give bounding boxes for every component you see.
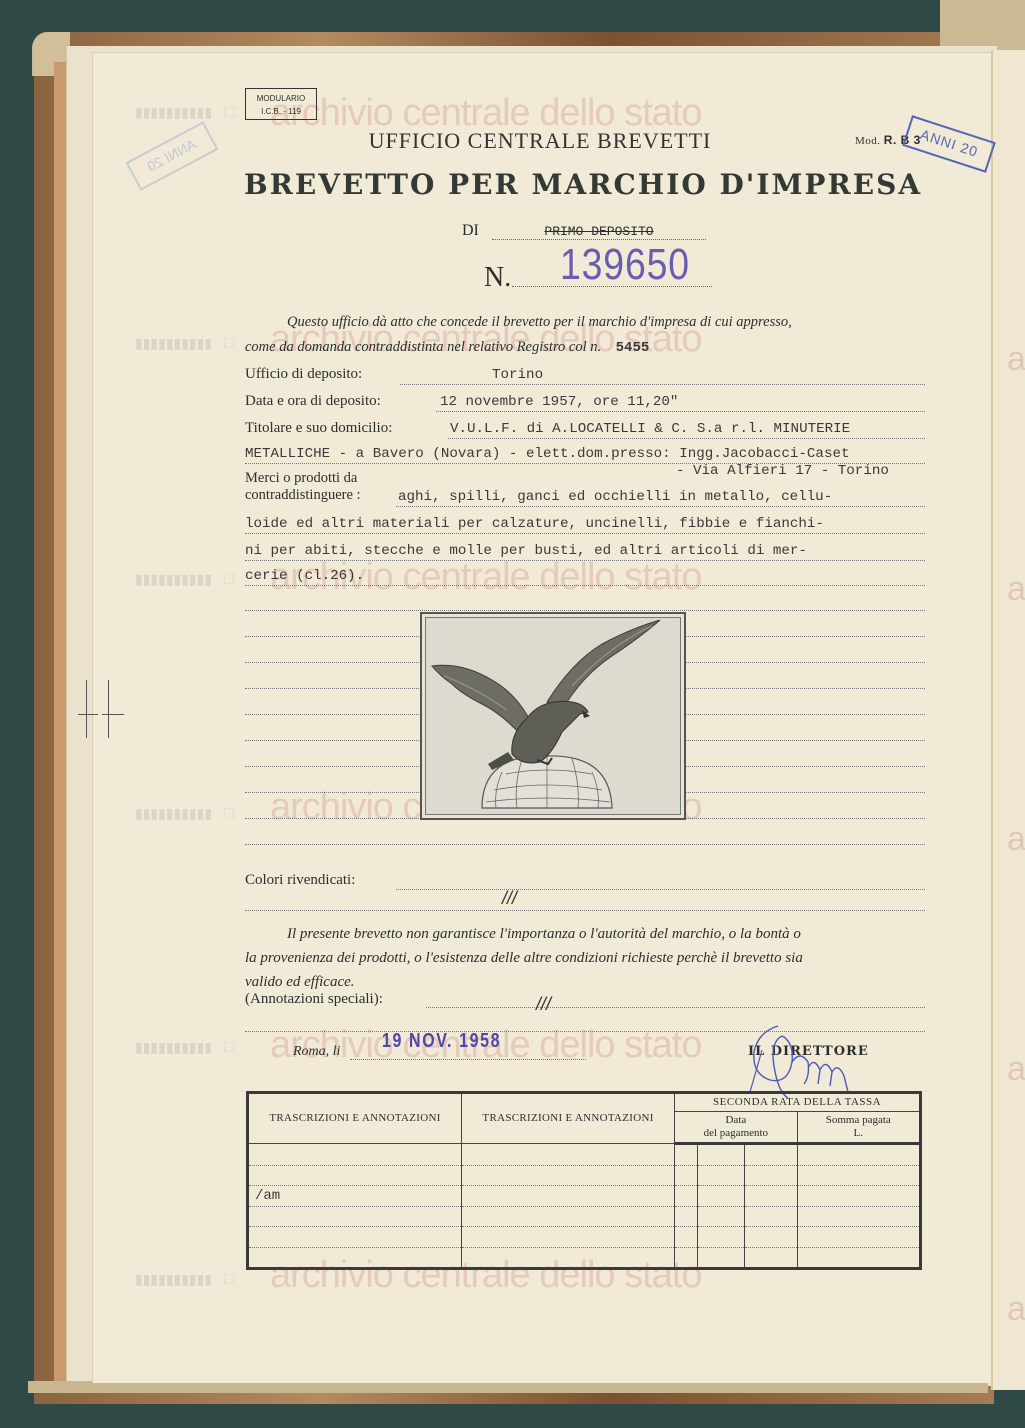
registro-number: 5455 bbox=[616, 340, 650, 356]
table-row bbox=[248, 1144, 921, 1166]
table-row bbox=[248, 1247, 921, 1269]
field-data-ora: Data e ora di deposito: bbox=[245, 393, 381, 410]
date-stamp: 19 NOV. 1958 bbox=[382, 1030, 501, 1053]
table-subheader-somma: Somma pagata L. bbox=[797, 1112, 920, 1144]
registration-table: TRASCRIZIONI E ANNOTAZIONI TRASCRIZIONI … bbox=[246, 1091, 922, 1270]
patent-number-label: N. bbox=[484, 262, 511, 294]
bleed-through-mark: ▮▮▮▮▮▮▮▮▮▮ ⌶⌶ bbox=[135, 1040, 237, 1057]
data-ora-value: 12 novembre 1957, ore 11,20" bbox=[440, 394, 678, 410]
eagle-on-globe-icon bbox=[422, 614, 680, 814]
bleed-through-mark: ▮▮▮▮▮▮▮▮▮▮ ⌶⌶ bbox=[135, 336, 237, 353]
binding-tape bbox=[940, 0, 1025, 50]
table-row bbox=[248, 1227, 921, 1248]
merci-line2: loide ed altri materiali per calzature, … bbox=[245, 516, 824, 532]
table-row bbox=[248, 1206, 921, 1227]
form-code-box: MODULARIO I.C.B. - 119 bbox=[245, 88, 317, 120]
office-title: UFFICIO CENTRALE BREVETTI bbox=[240, 128, 840, 154]
bleed-through-mark: ▮▮▮▮▮▮▮▮▮▮ ⌶⌶ bbox=[135, 105, 237, 122]
merci-line3: ni per abiti, stecche e molle per busti,… bbox=[245, 543, 807, 559]
field-annotazioni: (Annotazioni speciali): bbox=[245, 991, 383, 1008]
deposit-type-value: PRIMO DEPOSITO bbox=[492, 224, 706, 240]
field-colori: Colori rivendicati: bbox=[245, 872, 355, 889]
crop-mark bbox=[78, 714, 98, 715]
table-header-col1: TRASCRIZIONI E ANNOTAZIONI bbox=[248, 1093, 462, 1144]
table-header-group: SECONDA RATA DELLA TASSA bbox=[675, 1093, 921, 1112]
table-row: /am bbox=[248, 1186, 921, 1207]
table-row bbox=[248, 1165, 921, 1186]
disclaimer-paragraph: Il presente brevetto non garantisce l'im… bbox=[245, 922, 925, 994]
patent-number: 139650 bbox=[560, 240, 690, 290]
crop-mark bbox=[102, 714, 124, 715]
signature-icon bbox=[748, 1022, 858, 1102]
titolare-line3: - Via Alfieri 17 - Torino bbox=[676, 463, 889, 479]
merci-line4: cerie (cl.26). bbox=[245, 568, 364, 584]
titolare-line2: METALLICHE - a Bavero (Novara) - elett.d… bbox=[245, 446, 990, 462]
crop-mark bbox=[86, 680, 87, 738]
field-titolare: Titolare e suo domicilio: bbox=[245, 420, 392, 437]
trademark-image bbox=[420, 612, 686, 820]
field-ufficio: Ufficio di deposito: bbox=[245, 366, 362, 383]
place-label: Roma, li bbox=[293, 1044, 340, 1060]
colori-value: /// bbox=[502, 888, 517, 909]
merci-line1: aghi, spilli, ganci ed occhielli in meta… bbox=[398, 489, 832, 505]
adjacent-page-edge: a a a a a bbox=[991, 50, 1025, 1390]
bleed-through-mark: ▮▮▮▮▮▮▮▮▮▮ ⌶⌶ bbox=[135, 572, 237, 589]
intro-paragraph: Questo ufficio dà atto che concede il br… bbox=[245, 310, 925, 361]
merci-label: Merci o prodotti da contraddistinguere : bbox=[245, 470, 361, 504]
ufficio-value: Torino bbox=[492, 367, 543, 383]
bleed-through-mark: ▮▮▮▮▮▮▮▮▮▮ ⌶⌶ bbox=[135, 1272, 237, 1289]
crop-mark bbox=[108, 680, 109, 738]
table-subheader-data: Data del pagamento bbox=[675, 1112, 797, 1144]
document-title: BREVETTO PER MARCHIO D'IMPRESA bbox=[238, 168, 928, 201]
bleed-through-mark: ▮▮▮▮▮▮▮▮▮▮ ⌶⌶ bbox=[135, 806, 237, 823]
table-header-col2: TRASCRIZIONI E ANNOTAZIONI bbox=[462, 1093, 675, 1144]
deposit-type-label: DI bbox=[462, 222, 479, 240]
annotazioni-value: /// bbox=[536, 994, 551, 1015]
titolare-line1: V.U.L.F. di A.LOCATELLI & C. S.a r.l. MI… bbox=[450, 421, 850, 437]
